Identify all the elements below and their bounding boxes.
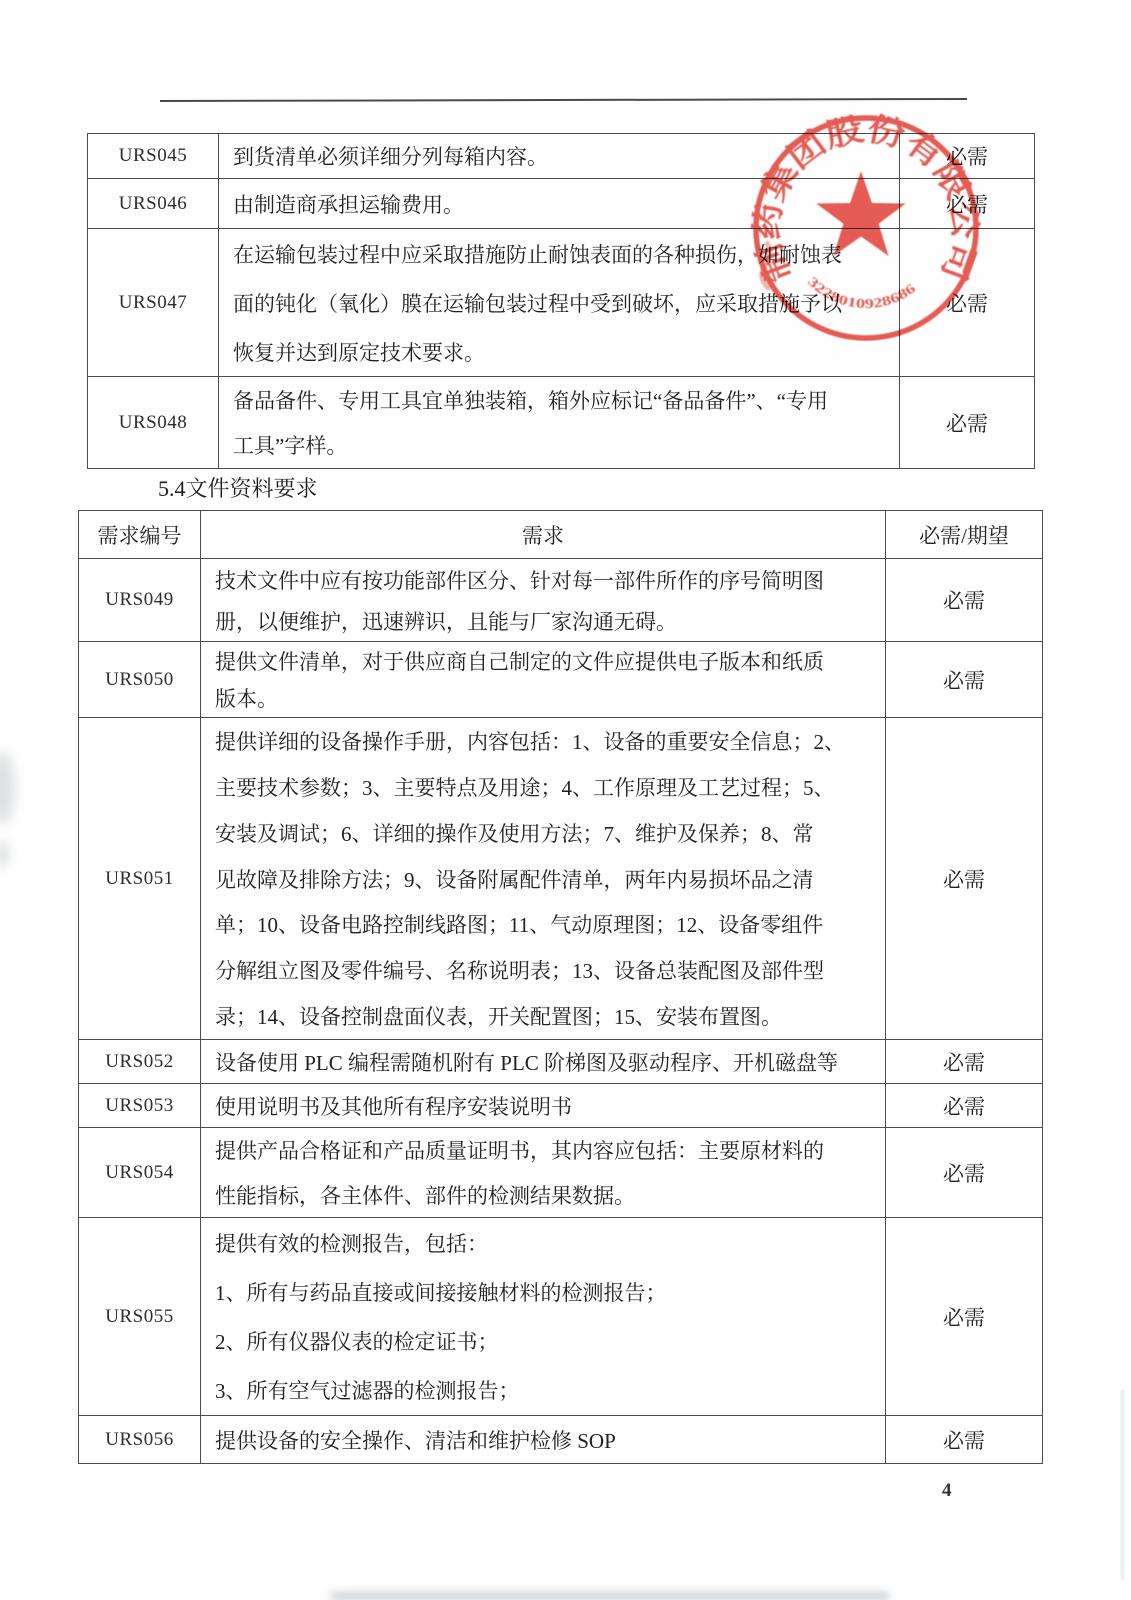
requirement-line: 在运输包装过程中应采取措施防止耐蚀表面的各种损伤，如耐蚀表 (219, 229, 899, 278)
requirement-line: 分解组立图及零件编号、名称说明表；13、设备总装配图及部件型 (201, 947, 885, 993)
requirement-line: 到货清单必须详细分列每箱内容。 (219, 134, 899, 178)
requirement-line: 工具”字样。 (219, 423, 899, 469)
necessity-value: 必需 (900, 377, 1034, 468)
table-row: URS053使用说明书及其他所有程序安装说明书必需 (79, 1083, 1042, 1127)
necessity-value: 必需 (886, 1128, 1042, 1217)
table-row: URS047在运输包装过程中应采取措施防止耐蚀表面的各种损伤，如耐蚀表面的钝化（… (88, 228, 1034, 376)
table-row: URS051提供详细的设备操作手册，内容包括：1、设备的重要安全信息；2、主要技… (79, 717, 1042, 1039)
requirement-text: 提供文件清单，对于供应商自己制定的文件应提供电子版本和纸质版本。 (201, 642, 886, 717)
requirement-id: URS047 (88, 229, 219, 376)
scan-smudge (0, 752, 14, 824)
table-row: URS045到货清单必须详细分列每箱内容。必需 (88, 134, 1034, 178)
requirement-id: URS055 (79, 1218, 201, 1415)
table-row: URS052设备使用 PLC 编程需随机附有 PLC 阶梯图及驱动程序、开机磁盘… (79, 1039, 1042, 1083)
necessity-value: 必需 (886, 1218, 1042, 1415)
section-heading: 5.4文件资料要求 (158, 472, 318, 503)
necessity-value: 必需 (886, 1040, 1042, 1083)
page-number: 4 (942, 1480, 952, 1502)
requirement-line: 由制造商承担运输费用。 (219, 179, 899, 228)
requirement-line: 提供详细的设备操作手册，内容包括：1、设备的重要安全信息；2、 (201, 718, 885, 764)
requirement-line: 技术文件中应有按功能部件区分、针对每一部件所作的序号简明图 (201, 559, 885, 600)
requirement-line: 版本。 (201, 680, 885, 718)
requirement-id: URS048 (88, 377, 219, 468)
requirement-id: URS046 (88, 179, 219, 228)
header-requirement-id: 需求编号 (79, 511, 201, 558)
scan-edge-artifact (1121, 1390, 1124, 1580)
requirement-line: 面的钝化（氧化）膜在运输包装过程中受到破坏，应采取措施予以 (219, 278, 899, 327)
necessity-value: 必需 (886, 559, 1042, 641)
requirement-text: 由制造商承担运输费用。 (219, 179, 900, 228)
scan-smudge (0, 840, 10, 868)
requirement-text: 设备使用 PLC 编程需随机附有 PLC 阶梯图及驱动程序、开机磁盘等 (201, 1040, 886, 1083)
requirement-id: URS052 (79, 1040, 201, 1083)
header-rule (160, 98, 967, 102)
requirement-line: 录；14、设备控制盘面仪表，开关配置图；15、安装布置图。 (201, 993, 885, 1039)
necessity-value: 必需 (886, 1084, 1042, 1127)
requirement-line: 性能指标，各主体件、部件的检测结果数据。 (201, 1173, 885, 1218)
requirement-text: 提供详细的设备操作手册，内容包括：1、设备的重要安全信息；2、主要技术参数；3、… (201, 718, 886, 1039)
requirement-text: 使用说明书及其他所有程序安装说明书 (201, 1084, 886, 1127)
requirement-line: 恢复并达到原定技术要求。 (219, 327, 899, 376)
header-requirement: 需求 (201, 511, 886, 558)
requirement-line: 2、所有仪器仪表的检定证书； (201, 1317, 885, 1366)
requirement-line: 提供有效的检测报告，包括： (201, 1218, 885, 1267)
requirement-id: URS045 (88, 134, 219, 178)
requirement-line: 3、所有空气过滤器的检测报告； (201, 1366, 885, 1415)
requirement-text: 技术文件中应有按功能部件区分、针对每一部件所作的序号简明图册，以便维护，迅速辨识… (201, 559, 886, 641)
document-requirements-table: 需求编号 需求 必需/期望 URS049技术文件中应有按功能部件区分、针对每一部… (78, 510, 1043, 1464)
document-page: URS045到货清单必须详细分列每箱内容。必需URS046由制造商承担运输费用。… (0, 0, 1131, 1600)
requirement-line: 主要技术参数；3、主要特点及用途；4、工作原理及工艺过程；5、 (201, 764, 885, 810)
requirement-line: 设备使用 PLC 编程需随机附有 PLC 阶梯图及驱动程序、开机磁盘等 (201, 1040, 885, 1083)
table-row: URS048备品备件、专用工具宜单独装箱，箱外应标记“备品备件”、“专用工具”字… (88, 376, 1034, 468)
requirement-id: URS054 (79, 1128, 201, 1217)
necessity-value: 必需 (900, 134, 1034, 178)
requirement-text: 提供产品合格证和产品质量证明书，其内容应包括：主要原材料的性能指标，各主体件、部… (201, 1128, 886, 1217)
table-row: URS054提供产品合格证和产品质量证明书，其内容应包括：主要原材料的性能指标，… (79, 1127, 1042, 1217)
requirement-id: URS051 (79, 718, 201, 1039)
table-header-row: 需求编号 需求 必需/期望 (79, 511, 1042, 558)
requirement-id: URS056 (79, 1416, 201, 1463)
requirement-text: 备品备件、专用工具宜单独装箱，箱外应标记“备品备件”、“专用工具”字样。 (219, 377, 900, 468)
scan-edge-shadow (330, 1592, 890, 1600)
requirement-text: 到货清单必须详细分列每箱内容。 (219, 134, 900, 178)
requirement-id: URS050 (79, 642, 201, 717)
necessity-value: 必需 (900, 229, 1034, 376)
requirement-id: URS053 (79, 1084, 201, 1127)
table-row: URS046由制造商承担运输费用。必需 (88, 178, 1034, 228)
requirement-line: 提供产品合格证和产品质量证明书，其内容应包括：主要原材料的 (201, 1128, 885, 1173)
requirement-line: 使用说明书及其他所有程序安装说明书 (201, 1084, 885, 1127)
table-row: URS050提供文件清单，对于供应商自己制定的文件应提供电子版本和纸质版本。必需 (79, 641, 1042, 717)
necessity-value: 必需 (886, 718, 1042, 1039)
requirement-id: URS049 (79, 559, 201, 641)
requirement-line: 1、所有与药品直接或间接接触材料的检测报告； (201, 1267, 885, 1316)
requirement-line: 安装及调试；6、详细的操作及使用方法；7、维护及保养；8、常 (201, 810, 885, 856)
requirement-line: 备品备件、专用工具宜单独装箱，箱外应标记“备品备件”、“专用 (219, 377, 899, 423)
header-necessity: 必需/期望 (886, 511, 1042, 558)
requirement-text: 提供设备的安全操作、清洁和维护检修 SOP (201, 1416, 886, 1463)
requirement-line: 提供文件清单，对于供应商自己制定的文件应提供电子版本和纸质 (201, 642, 885, 680)
requirement-line: 见故障及排除方法；9、设备附属配件清单，两年内易损坏品之清 (201, 856, 885, 902)
necessity-value: 必需 (886, 642, 1042, 717)
requirement-text: 提供有效的检测报告，包括：1、所有与药品直接或间接接触材料的检测报告；2、所有仪… (201, 1218, 886, 1415)
requirement-text: 在运输包装过程中应采取措施防止耐蚀表面的各种损伤，如耐蚀表面的钝化（氧化）膜在运… (219, 229, 900, 376)
table-row: URS056提供设备的安全操作、清洁和维护检修 SOP必需 (79, 1415, 1042, 1463)
necessity-value: 必需 (886, 1416, 1042, 1463)
table-row: URS049技术文件中应有按功能部件区分、针对每一部件所作的序号简明图册，以便维… (79, 558, 1042, 641)
requirement-line: 提供设备的安全操作、清洁和维护检修 SOP (201, 1416, 885, 1463)
packing-requirements-table: URS045到货清单必须详细分列每箱内容。必需URS046由制造商承担运输费用。… (87, 133, 1035, 469)
requirement-line: 册，以便维护，迅速辨识，且能与厂家沟通无碍。 (201, 600, 885, 641)
necessity-value: 必需 (900, 179, 1034, 228)
requirement-line: 单；10、设备电路控制线路图；11、气动原理图；12、设备零组件 (201, 901, 885, 947)
table-row: URS055提供有效的检测报告，包括：1、所有与药品直接或间接接触材料的检测报告… (79, 1217, 1042, 1415)
